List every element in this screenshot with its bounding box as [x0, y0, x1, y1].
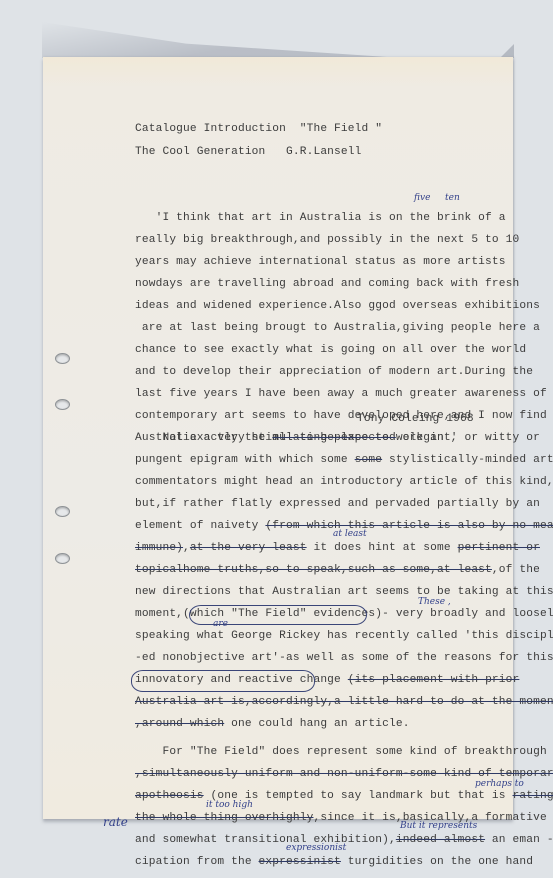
quote-line: chance to see exactly what is going on a…	[135, 344, 526, 356]
para2-line: pungent epigram with which some some sty…	[135, 454, 553, 466]
para2-line: but,if rather flatly expressed and perva…	[135, 498, 540, 510]
quote-line: really big breakthrough,and possibly in …	[135, 234, 519, 246]
text: turgidities on the one hand	[341, 856, 533, 868]
para2-line: -ed nonobjective art'-as well as some of…	[135, 652, 553, 664]
quote-line: 'I think that art in Australia is on the…	[135, 212, 506, 224]
text: - very broadly and loosely	[382, 608, 553, 620]
struck-text: all-to-be-expected	[272, 432, 396, 444]
punch-hole	[55, 553, 70, 564]
document-body: Catalogue Introduction "The Field " The …	[135, 57, 162, 441]
text: ,	[183, 542, 190, 554]
struck-text: topicalhome truths,so to speak,such as s…	[135, 564, 492, 576]
quote-line: years may achieve international status a…	[135, 256, 506, 268]
document-subtitle: The Cool Generation G.R.Lansell	[135, 146, 362, 158]
punch-hole	[55, 353, 70, 364]
para2-line: commentators might head an introductory …	[135, 476, 553, 488]
struck-text: (its placement with prior	[348, 674, 520, 686]
struck-text: indeed almost	[396, 834, 485, 846]
text: cipation from the	[135, 856, 259, 868]
annotation-these: These ,	[418, 597, 451, 607]
quote-line: are at last being brougt to Australia,gi…	[135, 322, 540, 334]
text: Not exactly the	[135, 432, 272, 444]
annotation-expressionist: expressionist	[286, 843, 346, 853]
para2-line: new directions that Australian art seems…	[135, 586, 553, 598]
quote-line: last five years I have been away a much …	[135, 388, 547, 400]
annotation-at-least: at least	[333, 529, 367, 539]
quote-line: and to develop their appreciation of mod…	[135, 366, 533, 378]
circle-mark	[131, 670, 315, 692]
quote-line: nowdays are travelling abroad and coming…	[135, 278, 519, 290]
text: element of naivety	[135, 520, 265, 532]
para2-line: Australia art is,accordingly,a little ha…	[135, 696, 553, 708]
struck-text: (from which this article is also by no m…	[265, 520, 553, 532]
annotation-five: five	[414, 193, 430, 203]
struck-text: pertinent or	[458, 542, 540, 554]
struck-text: apotheosis	[135, 790, 204, 802]
annotation-rate: rate	[103, 815, 128, 829]
annotation-ten: ten	[445, 193, 460, 203]
struck-text: immune)	[135, 542, 183, 554]
text: one could hang an article.	[224, 718, 409, 730]
struck-text: Australia art is,accordingly,a little ha…	[135, 696, 553, 708]
text: moment,	[135, 608, 183, 620]
circle-mark	[189, 605, 367, 625]
para3-line: apotheosis (one is tempted to say landma…	[135, 790, 553, 802]
struck-text: expressinist	[259, 856, 341, 868]
quote-line: contemporary art seems to have developed…	[135, 410, 547, 422]
para2-line: speaking what George Rickey has recently…	[135, 630, 553, 642]
punch-hole	[55, 399, 70, 410]
page-shadow-corner	[500, 44, 514, 58]
annotation-it-too-high: it too high	[206, 800, 253, 810]
para3-line: cipation from the expressinist turgiditi…	[135, 856, 533, 868]
quote-line: ideas and widened experience.Also ggod o…	[135, 300, 540, 312]
struck-text: some	[355, 454, 382, 466]
para3-line: the whole thing overhighly,since it is,b…	[135, 812, 547, 824]
struck-text: the whole thing overhighly	[135, 812, 313, 824]
para2-line: ,around which one could hang an article.	[135, 718, 410, 730]
annotation-perhaps-to: perhaps to	[475, 779, 524, 789]
text: and somewhat transitional exhibition),	[135, 834, 396, 846]
struck-text: rating	[513, 790, 553, 802]
punch-hole	[55, 506, 70, 517]
annotation-but-it-represents: But it represents	[400, 821, 477, 831]
text: ,of the	[492, 564, 540, 576]
para2-line: Not exactly the all-to-be-expected elega…	[135, 432, 540, 444]
para2-line: topicalhome truths,so to speak,such as s…	[135, 564, 540, 576]
text: elegant, or witty or	[396, 432, 540, 444]
document-title: Catalogue Introduction "The Field "	[135, 123, 382, 135]
text: stylistically-minded art	[382, 454, 553, 466]
page-shadow-top	[42, 22, 402, 58]
para2-line: immune),at the very least it does hint a…	[135, 542, 540, 554]
typewritten-page: Catalogue Introduction "The Field " The …	[43, 57, 513, 819]
text: it does hint at some	[307, 542, 458, 554]
quote-attribution: Tony Coleing 1968	[357, 413, 474, 425]
text: pungent epigram with which some	[135, 454, 355, 466]
para3-line: For "The Field" does represent some kind…	[135, 746, 547, 758]
struck-text: ,around which	[135, 718, 224, 730]
text: an eman -	[485, 834, 553, 846]
struck-text: at the very least	[190, 542, 307, 554]
